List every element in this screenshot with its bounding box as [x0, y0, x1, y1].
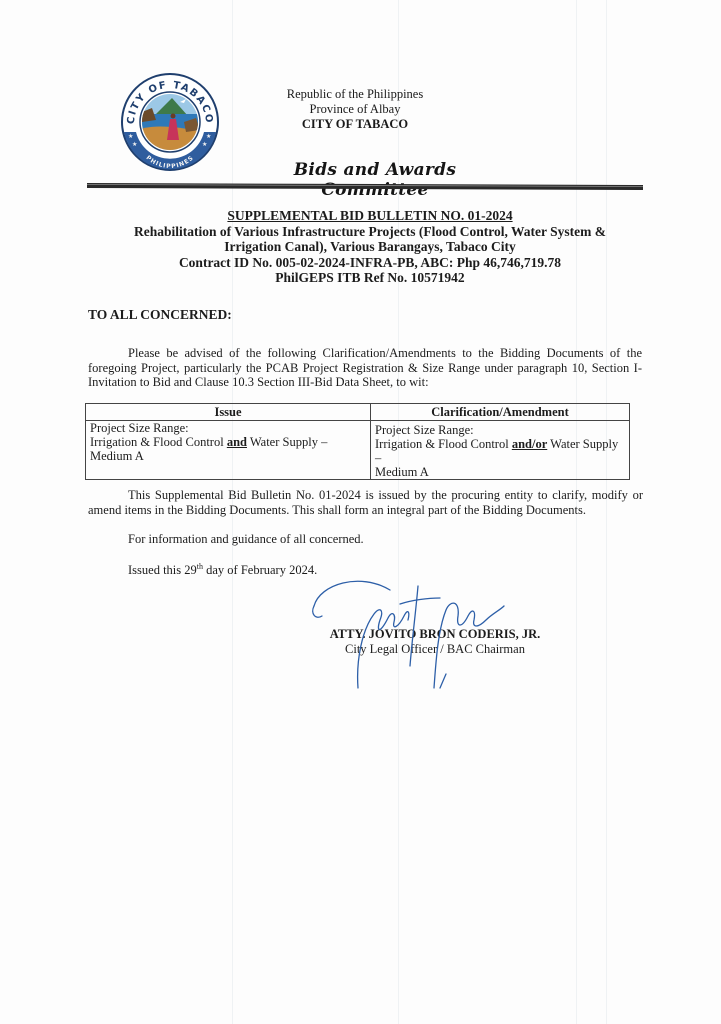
issued-date-line: Issued this 29th day of February 2024.: [128, 563, 628, 578]
svg-text:★: ★: [206, 133, 211, 140]
header-divider: [87, 182, 643, 191]
table-header-row: Issue Clarification/Amendment: [86, 404, 630, 421]
document-page: CITY OF TABACO PHILIPPINES ★★ ★★ Republi…: [0, 0, 721, 1024]
committee-name: Bids and Awards Committee: [240, 160, 510, 200]
svg-text:★: ★: [202, 141, 207, 148]
project-title-line-1: Rehabilitation of Various Infrastructure…: [90, 224, 650, 240]
issue-cell: Project Size Range: Irrigation & Flood C…: [86, 421, 371, 480]
project-title-line-2: Irrigation Canal), Various Barangays, Ta…: [90, 239, 650, 255]
signatory-name: ATTY. JOVITO BRON CODERIS, JR.: [300, 627, 570, 642]
intro-paragraph: Please be advised of the following Clari…: [88, 346, 642, 390]
city-of-tabaco-seal-icon: CITY OF TABACO PHILIPPINES ★★ ★★: [118, 72, 222, 172]
amendment-label: Project Size Range:: [375, 423, 625, 437]
issue-emphasis: and: [227, 435, 247, 449]
letterhead-republic: Republic of the Philippines: [250, 87, 460, 102]
closing-paragraph: This Supplemental Bid Bulletin No. 01-20…: [88, 488, 643, 517]
amendment-text: Irrigation & Flood Control and/or Water …: [375, 437, 625, 465]
philgeps-ref-line: PhilGEPS ITB Ref No. 10571942: [90, 270, 650, 286]
svg-text:★: ★: [132, 141, 137, 148]
amendment-size: Medium A: [375, 465, 625, 479]
info-line: For information and guidance of all conc…: [128, 532, 628, 547]
svg-text:★: ★: [128, 133, 133, 140]
bulletin-title-block: SUPPLEMENTAL BID BULLETIN NO. 01-2024 Re…: [90, 208, 650, 286]
amendment-cell: Project Size Range: Irrigation & Flood C…: [371, 421, 630, 480]
contract-id-line: Contract ID No. 005-02-2024-INFRA-PB, AB…: [90, 255, 650, 271]
issue-text: Irrigation & Flood Control and Water Sup…: [90, 435, 366, 449]
issue-label: Project Size Range:: [90, 421, 366, 435]
signatory-title: City Legal Officer / BAC Chairman: [300, 642, 570, 657]
table-row: Project Size Range: Irrigation & Flood C…: [86, 421, 630, 480]
column-header-issue: Issue: [86, 404, 371, 421]
issue-size: Medium A: [90, 449, 366, 463]
salutation: TO ALL CONCERNED:: [88, 307, 232, 323]
letterhead-city: CITY OF TABACO: [250, 117, 460, 132]
signatory-block: ATTY. JOVITO BRON CODERIS, JR. City Lega…: [300, 627, 570, 657]
amendment-emphasis: and/or: [512, 437, 547, 451]
amendment-table: Issue Clarification/Amendment Project Si…: [85, 403, 630, 480]
letterhead: Republic of the Philippines Province of …: [250, 87, 460, 132]
column-header-amendment: Clarification/Amendment: [371, 404, 630, 421]
letterhead-province: Province of Albay: [250, 102, 460, 117]
bulletin-number: SUPPLEMENTAL BID BULLETIN NO. 01-2024: [90, 208, 650, 224]
